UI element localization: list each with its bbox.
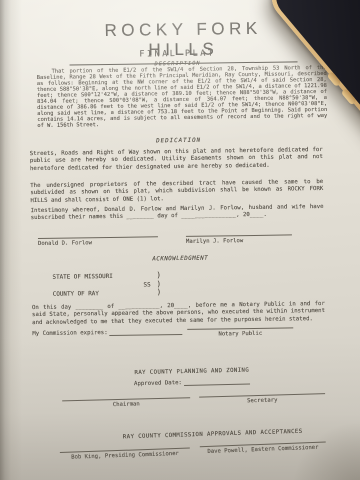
chairman-label: Chairman xyxy=(62,400,190,409)
dedication-heading: DEDICATION xyxy=(29,136,329,146)
notary-paragraph: On this day ________ of ____________, 20… xyxy=(32,301,325,327)
bracket: ) xyxy=(157,288,162,297)
commission-expires-label: My Commission expires: xyxy=(32,330,107,337)
approved-date-label: Approved Date: xyxy=(134,380,182,387)
venue-brackets: ) ) ) xyxy=(156,271,161,297)
approved-date-row: Approved Date: xyxy=(134,379,250,388)
venue-block: STATE OF MISSOURI SS COUNTY OF RAY ) ) ) xyxy=(52,272,152,299)
chairman-signature-block: Chairman xyxy=(62,397,190,409)
acknowledgment-heading: ACKNOWLEDGMENT xyxy=(30,254,330,264)
commission-expires-row: My Commission expires: xyxy=(32,329,182,337)
plat-document: ROCKY FORK HILLS FINAL PLAT DESCRIPTION … xyxy=(0,0,360,480)
document-photo: ROCKY FORK HILLS FINAL PLAT DESCRIPTION … xyxy=(0,0,360,480)
signer-name-right: Marilyn J. Forlow xyxy=(186,237,292,244)
county-line: COUNTY OF RAY xyxy=(53,289,153,299)
secretary-signature-block: Secretary xyxy=(199,393,325,405)
planning-zoning-heading: RAY COUNTY PLANNING AND ZONING xyxy=(132,367,252,376)
notary-public-block: Notary Public xyxy=(187,327,293,337)
legal-description-text: That portion of the E1/2 of the SW1/4 of… xyxy=(37,66,328,130)
blank-line xyxy=(110,329,183,336)
blank-line xyxy=(184,379,250,386)
testimony-paragraph: Intestimony whereof, Donald D. Forlow an… xyxy=(31,204,324,223)
signature-block-marilyn-forlow: Marilyn J. Forlow xyxy=(186,234,292,244)
dedication-paragraph-proprietors: The undersigned proprietors of the descr… xyxy=(30,179,323,205)
signer-name-left: Donald D. Forlow xyxy=(38,239,158,247)
signature-block-donald-forlow: Donald D. Forlow xyxy=(38,236,158,246)
dedication-paragraph-streets: Streets, Roads and Right of Way shown on… xyxy=(30,147,323,173)
presiding-commissioner-block: Bob King, Presiding Commissioner xyxy=(60,448,190,461)
county-commission-heading: RAY COUNTY COMMISSION APPROVALS AND ACCE… xyxy=(115,428,311,440)
notary-public-label: Notary Public xyxy=(187,330,293,337)
eastern-commissioner-block: Dave Powell, Eastern Commissioner xyxy=(200,441,326,454)
